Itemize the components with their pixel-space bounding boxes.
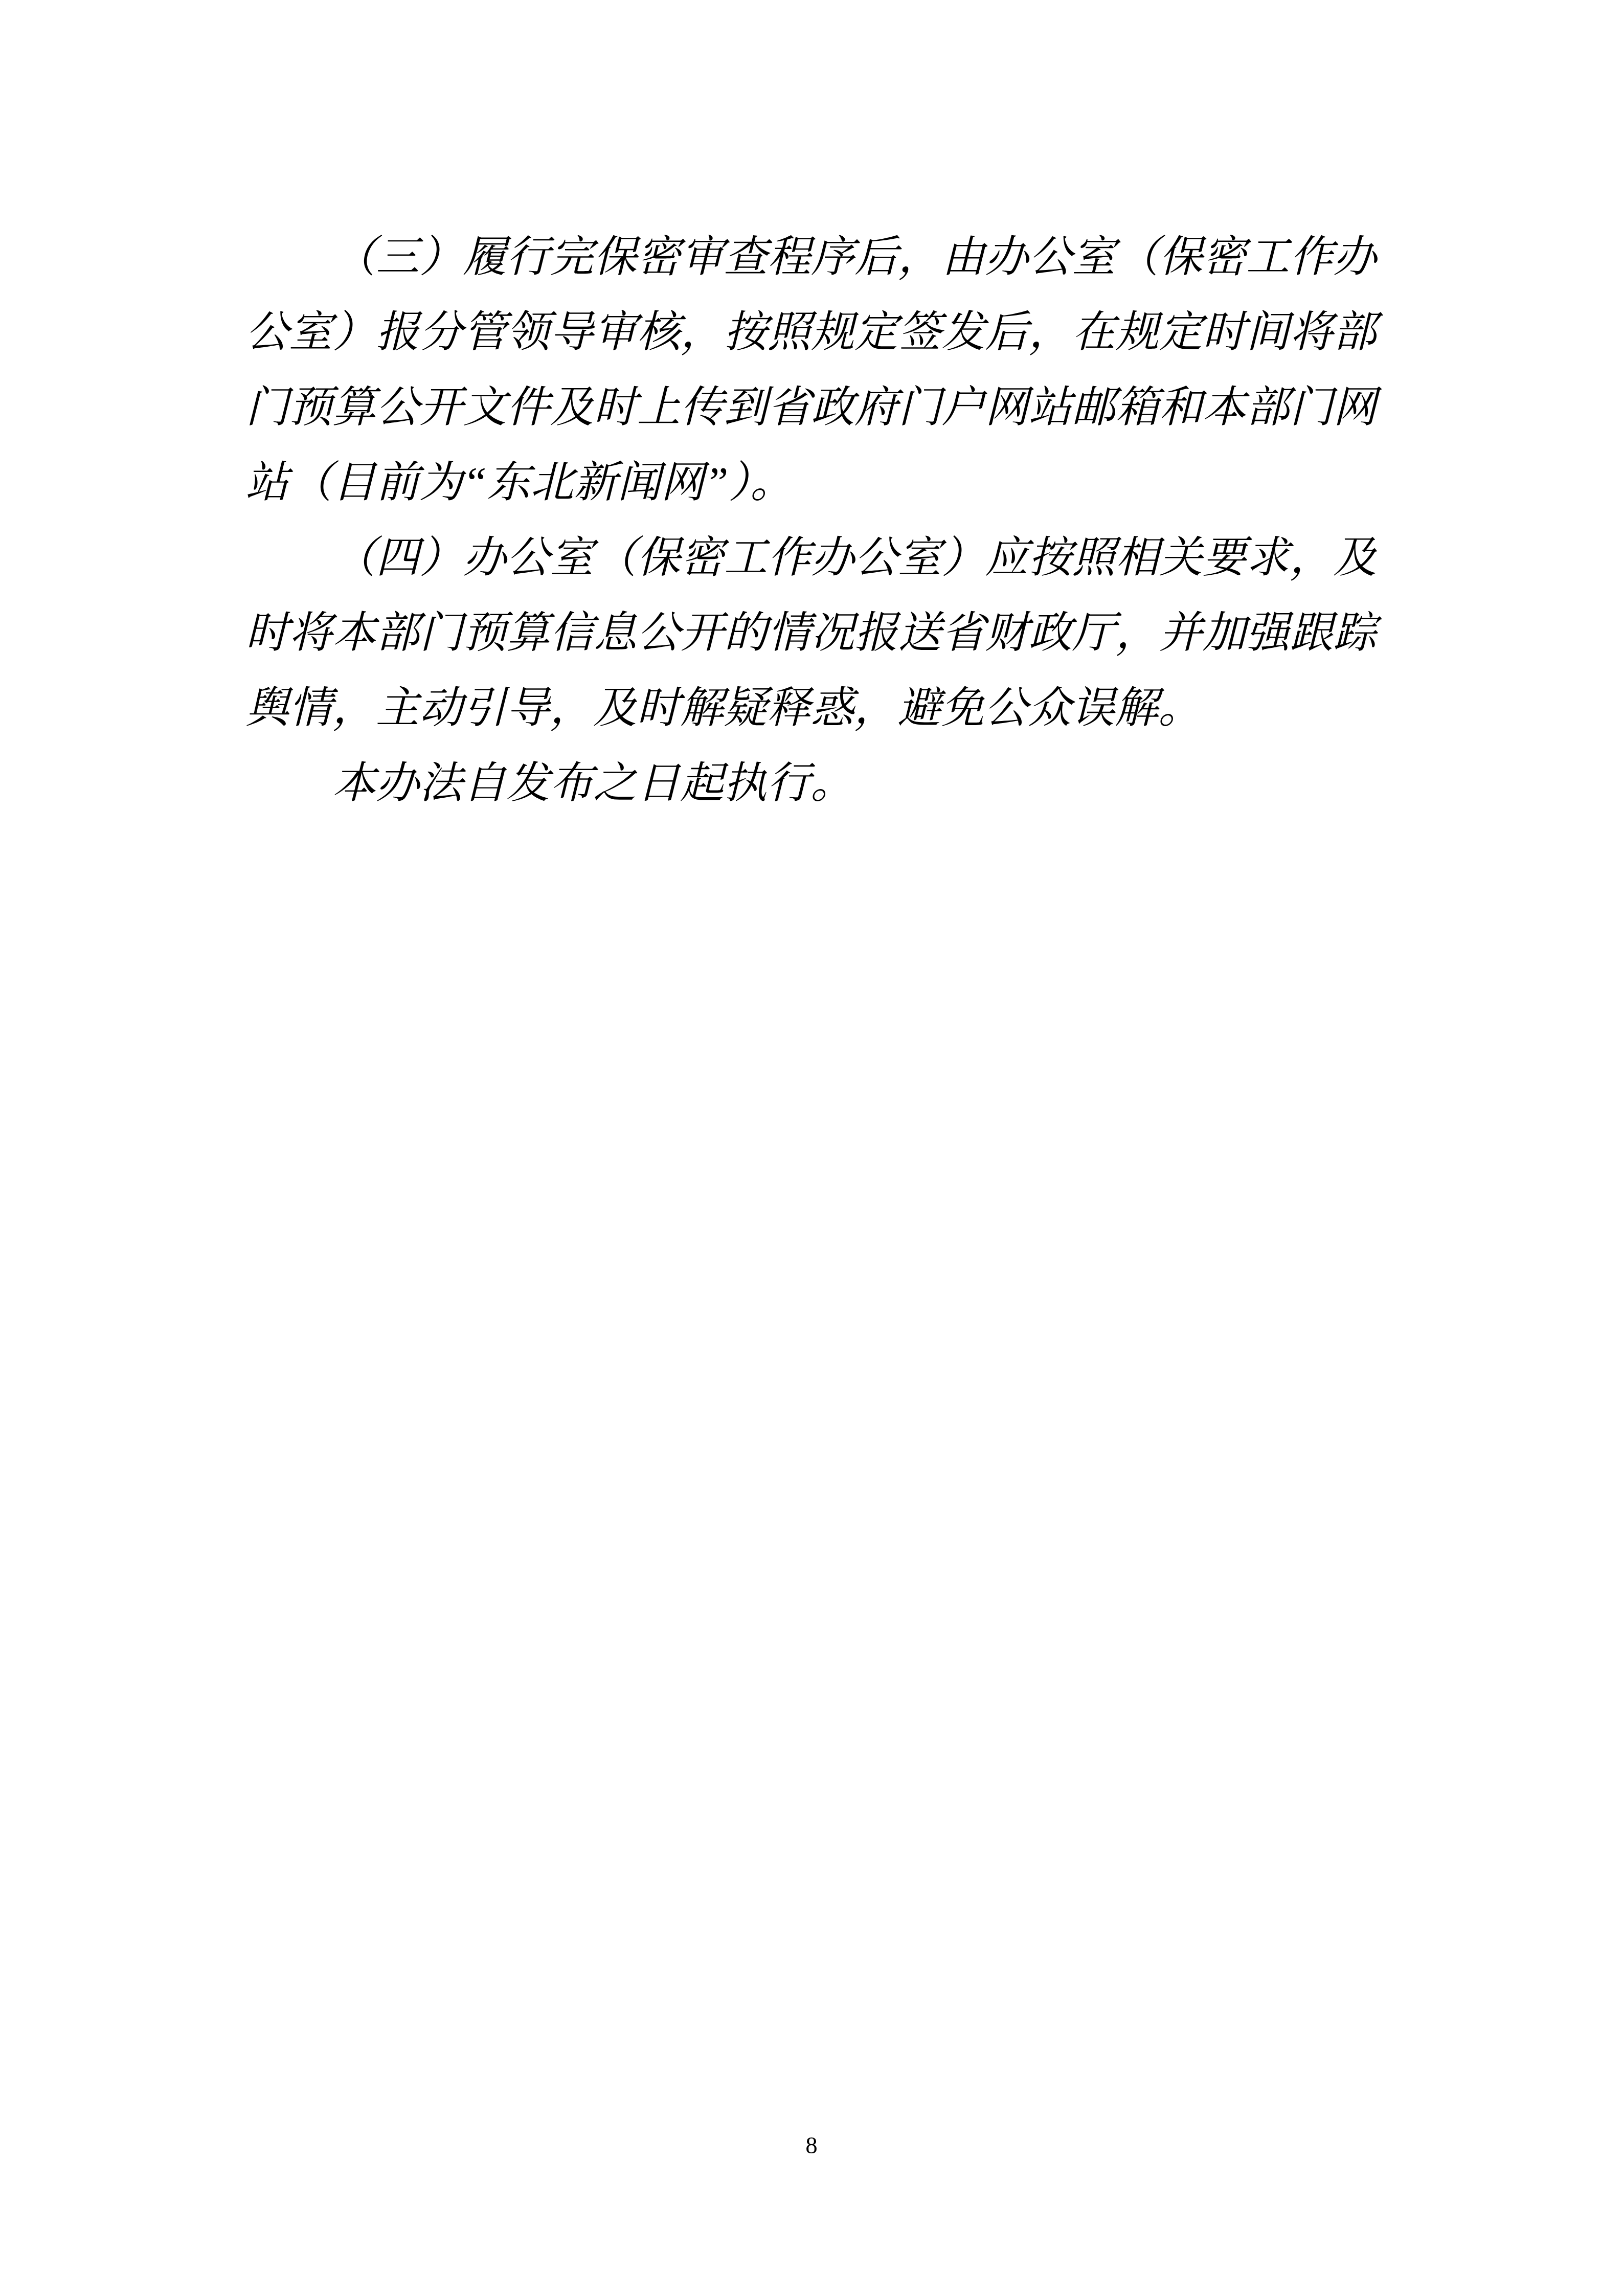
paragraph-item-4: （四）办公室（保密工作办公室）应按照相关要求，及时将本部门预算信息公开的情况报送… xyxy=(245,521,1377,746)
document-body-text: （三）履行完保密审查程序后，由办公室（保密工作办公室）报分管领导审核，按照规定签… xyxy=(245,220,1377,821)
page-number: 8 xyxy=(0,2131,1623,2160)
paragraph-effective-date: 本办法自发布之日起执行。 xyxy=(245,746,1377,821)
paragraph-item-3: （三）履行完保密审查程序后，由办公室（保密工作办公室）报分管领导审核，按照规定签… xyxy=(245,220,1377,521)
document-page: （三）履行完保密审查程序后，由办公室（保密工作办公室）报分管领导审核，按照规定签… xyxy=(0,0,1623,2296)
